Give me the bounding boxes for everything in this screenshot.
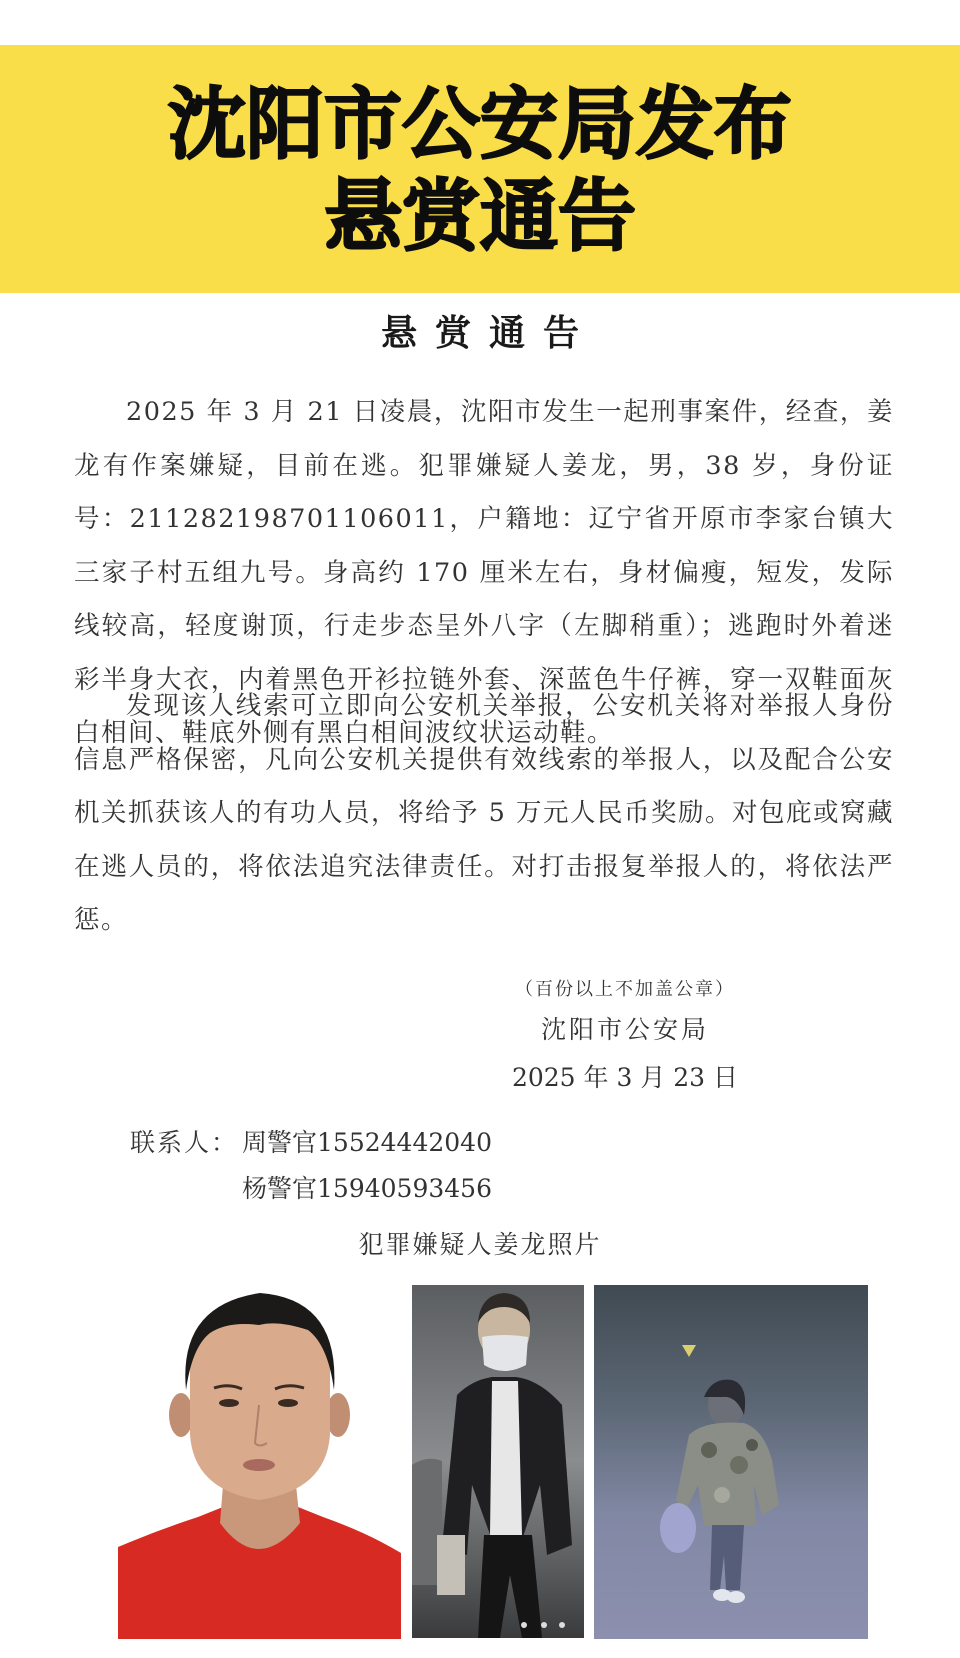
- paragraph-reward-info: 发现该人线索可立即向公安机关举报，公安机关将对举报人身份信息严格保密，凡向公安机…: [74, 680, 894, 948]
- contact-label: 联系人：: [130, 1120, 242, 1166]
- contact-name: 杨警官: [242, 1166, 317, 1212]
- surveillance-image-icon: [594, 1285, 868, 1639]
- contact-phone: 15940593456: [317, 1166, 492, 1212]
- contact-row: 联系人： 周警官 15524442040: [130, 1120, 492, 1166]
- suspect-surveillance-photo-1: [412, 1285, 584, 1638]
- banner-title-line-2: 悬赏通告: [324, 171, 636, 263]
- signature-note: （百份以上不加盖公章）: [505, 975, 745, 1001]
- contact-row: 联系人： 杨警官 15940593456: [130, 1166, 492, 1212]
- portrait-image-icon: [118, 1285, 401, 1639]
- document-title: 悬赏通告: [0, 305, 960, 356]
- signature-date: 2025 年 3 月 23 日: [505, 1058, 745, 1094]
- surveillance-image-icon: [412, 1285, 584, 1638]
- banner-title-line-1: 沈阳市公安局发布: [168, 79, 792, 171]
- header-banner: 沈阳市公安局发布 悬赏通告: [0, 45, 960, 293]
- photo-caption: 犯罪嫌疑人姜龙照片: [0, 1225, 960, 1261]
- suspect-surveillance-photo-2: [594, 1285, 868, 1639]
- contact-block: 联系人： 周警官 15524442040 联系人： 杨警官 1594059345…: [130, 1120, 492, 1212]
- contact-phone: 15524442040: [317, 1120, 492, 1166]
- contact-name: 周警官: [242, 1120, 317, 1166]
- suspect-portrait-photo: [118, 1285, 401, 1639]
- signature-organization: 沈阳市公安局: [505, 1010, 745, 1046]
